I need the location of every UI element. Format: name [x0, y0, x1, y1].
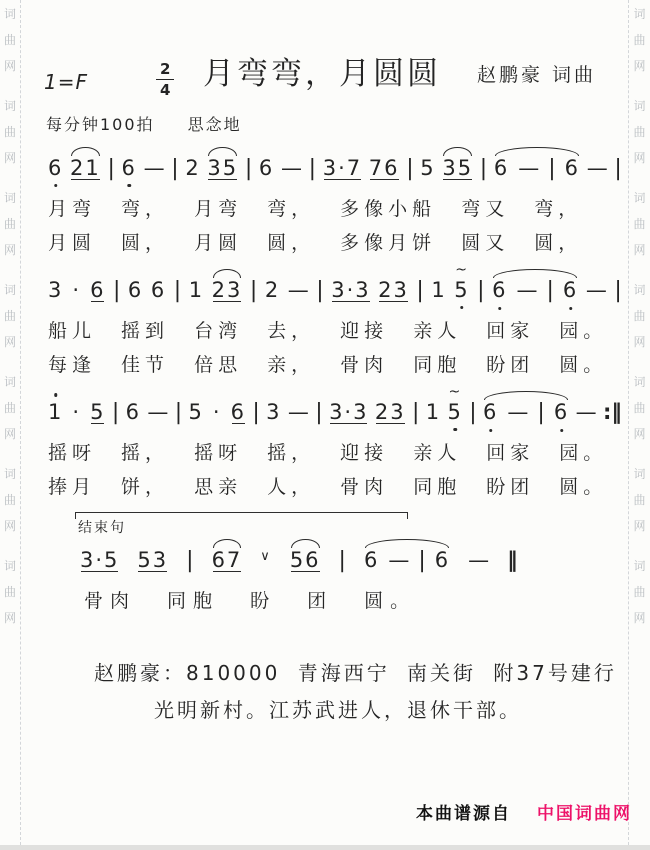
score-line: 1·5|6—|5·6|3—|3·323|15~|6—|6—:‖摇呀 摇， 摇呀 …	[48, 390, 622, 512]
watermark-char: 词	[633, 8, 645, 20]
barline: |	[614, 278, 621, 303]
music-row: 3·6|66|123|2—|3·323|15~|6—|6—|	[48, 268, 622, 314]
watermark-char: 曲	[633, 402, 645, 414]
watermark-char: 曲	[4, 126, 16, 138]
note-token: —	[281, 156, 302, 180]
lyric-row: 捧月 饼， 思亲 人， 骨肉 同胞 盼团 圆。	[48, 470, 622, 504]
watermark-group: 词曲网	[633, 560, 645, 624]
note-token: 2	[185, 156, 200, 180]
note-token: 35	[442, 156, 473, 180]
watermark-char: 网	[633, 60, 645, 72]
song-title: 月弯弯，月圆圆	[203, 48, 441, 93]
watermark-char: 词	[633, 560, 645, 572]
barline: |	[406, 156, 413, 181]
music-row: 621|6—|235|6—|3·776|535|6—|6—|	[48, 146, 622, 192]
watermark-char: 网	[633, 336, 645, 348]
watermark-char: 词	[633, 468, 645, 480]
barline: |	[252, 400, 259, 425]
music-row: 3·553|67∨56|6—|6—‖	[80, 538, 472, 584]
lyric-row: 月圆 圆， 月圆 圆， 多像月饼 圆又 圆，	[48, 226, 622, 260]
barline: |	[175, 400, 182, 425]
barline: |	[113, 278, 120, 303]
note-token: 1	[431, 278, 446, 302]
mordent-mark: ~	[449, 384, 461, 400]
octave-dot-below	[453, 428, 457, 432]
octave-dot-below	[460, 306, 464, 310]
tie-group: 6—|6	[483, 400, 569, 425]
score-line: 结束句3·553|67∨56|6—|6—‖骨肉 同胞 盼 团 圆。	[48, 512, 622, 618]
note-token: 6	[483, 400, 498, 425]
watermark-group: 词曲网	[4, 560, 16, 624]
note-token: 76	[369, 156, 400, 180]
watermark-char: 曲	[4, 402, 16, 414]
watermark-group: 词曲网	[633, 376, 645, 440]
note-token: 35	[207, 156, 238, 180]
note-token: 6	[435, 548, 450, 573]
watermark-group: 词曲网	[633, 192, 645, 256]
note-token: —	[288, 278, 309, 302]
mordent-mark: ~	[455, 262, 467, 278]
source-label: 本曲谱源自	[416, 799, 511, 824]
barline: |	[315, 400, 322, 425]
watermark-char: 网	[633, 244, 645, 256]
watermark-char: 词	[4, 284, 16, 296]
lyric-row: 船儿 摇到 台湾 去， 迎接 亲人 回家 园。	[48, 314, 622, 348]
watermark-group: 词曲网	[4, 284, 16, 348]
watermark-char: 词	[633, 100, 645, 112]
watermark-char: 曲	[633, 126, 645, 138]
watermark-group: 词曲网	[4, 376, 16, 440]
note-group: 5·6	[189, 400, 246, 424]
watermark-char: 词	[4, 100, 16, 112]
watermark-char: 曲	[633, 34, 645, 46]
octave-dot-below	[569, 307, 573, 311]
note-token: 3·5	[80, 548, 119, 572]
watermark-char: 网	[4, 612, 16, 624]
tempo-row: 每分钟100拍 思念地	[46, 112, 242, 135]
watermark-group: 词曲网	[633, 284, 645, 348]
note-token: —	[587, 156, 608, 180]
site-name: 中国词曲网	[537, 799, 632, 824]
watermark-char: 曲	[4, 494, 16, 506]
note-token: 3	[266, 400, 281, 424]
barline: |	[186, 548, 193, 573]
note-token: 5	[420, 156, 435, 180]
barline: |	[245, 156, 252, 181]
note-group: 1·5	[48, 400, 105, 424]
watermark-char: 词	[4, 192, 16, 204]
note-token: 6	[259, 156, 274, 180]
barline: |	[309, 156, 316, 181]
watermark-char: 网	[4, 60, 16, 72]
note-token: —	[576, 400, 597, 424]
octave-dot-below	[498, 307, 502, 311]
note-token: 3·3	[331, 278, 370, 302]
lyric-row: 每逢 佳节 倍思 亲， 骨肉 同胞 盼团 圆。	[48, 348, 622, 382]
composer-credit: 赵鹏豪 词曲	[477, 60, 596, 87]
note-token: —	[468, 548, 489, 572]
barline: |	[174, 278, 181, 303]
address-line-1: 赵鹏豪：810000 青海西宁 南关街 附37号建行	[94, 655, 617, 692]
barline: |	[107, 156, 114, 181]
note-token: 6	[126, 400, 141, 424]
note-token: —	[518, 156, 539, 181]
note-token: 23	[375, 400, 406, 424]
watermark-char: 网	[4, 428, 16, 440]
barline: |	[418, 548, 425, 573]
ending-bracket	[75, 512, 408, 520]
octave-dot-below	[489, 429, 493, 433]
score-line: 621|6—|235|6—|3·776|535|6—|6—|月弯 弯， 月弯 弯…	[48, 146, 622, 268]
note-token: ‖	[507, 548, 518, 572]
note-token: —	[517, 278, 538, 303]
time-numerator: 2	[156, 60, 174, 80]
note-token: —	[507, 400, 528, 425]
octave-dot-below	[54, 184, 58, 188]
note-token: 6	[128, 278, 143, 302]
note-token: ·	[72, 278, 81, 302]
note-token: 56	[290, 548, 321, 572]
music-row: 1·5|6—|5·6|3—|3·323|15~|6—|6—:‖	[48, 390, 622, 436]
note-token: 5	[90, 400, 105, 424]
barline: |	[548, 156, 555, 181]
address-line-2: 光明新村。江苏武进人，退休干部。	[94, 692, 617, 729]
note-token: 21	[70, 156, 101, 180]
barline: |	[112, 400, 119, 425]
octave-dot-above	[54, 393, 58, 397]
watermark-group: 词曲网	[4, 192, 16, 256]
author-address: 赵鹏豪：810000 青海西宁 南关街 附37号建行 光明新村。江苏武进人，退休…	[94, 655, 617, 729]
barline: |	[477, 278, 484, 303]
watermark-char: 词	[633, 376, 645, 388]
note-token: ·	[213, 400, 222, 424]
note-token: 6	[563, 278, 578, 303]
note-token: 5~	[448, 400, 463, 424]
note-token: —	[586, 278, 607, 302]
note-group: 3·6	[48, 278, 105, 302]
note-token: 6	[364, 548, 379, 573]
watermark-char: 网	[633, 152, 645, 164]
note-token: 6	[151, 278, 166, 302]
tie-group: 6—|6	[492, 278, 578, 303]
time-signature: 2 4	[156, 60, 174, 99]
barline: |	[412, 400, 419, 425]
barline: |	[339, 548, 346, 573]
note-token: 6	[492, 278, 507, 303]
barline: |	[316, 278, 323, 303]
watermark-char: 曲	[4, 34, 16, 46]
barline: |	[416, 278, 423, 303]
barline: |	[250, 278, 257, 303]
watermark-group: 词曲网	[633, 468, 645, 532]
tie-group: 6—|6	[364, 548, 450, 573]
watermark-left: 词曲网词曲网词曲网词曲网词曲网词曲网词曲网	[0, 0, 21, 850]
watermark-char: 词	[4, 376, 16, 388]
barline: |	[614, 156, 621, 181]
watermark-group: 词曲网	[633, 100, 645, 164]
note-token: :‖	[603, 400, 622, 424]
watermark-group: 词曲网	[633, 8, 645, 72]
note-token: 2	[265, 278, 280, 302]
lyric-row: 月弯 弯， 月弯 弯， 多像小船 弯又 弯，	[48, 192, 622, 226]
watermark-char: 词	[4, 468, 16, 480]
lyric-row: 骨肉 同胞 盼 团 圆。	[84, 584, 622, 618]
note-token: —	[288, 400, 309, 424]
note-token: 53	[137, 548, 168, 572]
watermark-group: 词曲网	[4, 100, 16, 164]
barline: |	[469, 400, 476, 425]
watermark-char: 网	[4, 336, 16, 348]
note-token: 6	[231, 400, 246, 424]
note-token: 5~	[454, 278, 469, 302]
tie-group: 6—|6	[494, 156, 580, 181]
barline: |	[171, 156, 178, 181]
watermark-group: 词曲网	[4, 8, 16, 72]
watermark-char: 词	[633, 284, 645, 296]
watermark-char: 曲	[633, 494, 645, 506]
watermark-char: 曲	[4, 586, 16, 598]
barline: |	[480, 156, 487, 181]
note-token: 67	[212, 548, 243, 572]
key-signature: 1=F	[44, 70, 88, 94]
tempo-marking: 每分钟100拍	[46, 115, 155, 134]
expression-marking: 思念地	[188, 115, 242, 134]
octave-dot-below	[127, 184, 131, 188]
watermark-char: 网	[633, 428, 645, 440]
watermark-group: 词曲网	[4, 468, 16, 532]
sheet-music-page: 词曲网词曲网词曲网词曲网词曲网词曲网词曲网 词曲网词曲网词曲网词曲网词曲网词曲网…	[0, 0, 650, 850]
watermark-char: 网	[633, 520, 645, 532]
note-token: 6	[494, 156, 509, 181]
note-token: 1	[189, 278, 204, 302]
watermark-char: 曲	[633, 586, 645, 598]
note-token: 6	[565, 156, 580, 181]
watermark-char: 曲	[4, 218, 16, 230]
watermark-char: 词	[4, 560, 16, 572]
watermark-char: 网	[4, 152, 16, 164]
note-token: 1	[48, 400, 63, 424]
watermark-char: 词	[633, 192, 645, 204]
note-token: —	[147, 400, 168, 424]
note-token: ∨	[260, 541, 272, 565]
note-token: 6	[48, 156, 63, 180]
watermark-char: 网	[4, 244, 16, 256]
watermark-char: 曲	[633, 218, 645, 230]
note-token: —	[144, 156, 165, 180]
score-line: 3·6|66|123|2—|3·323|15~|6—|6—|船儿 摇到 台湾 去…	[48, 268, 622, 390]
note-token: 6	[90, 278, 105, 302]
ending-label: 结束句	[78, 520, 622, 538]
note-token: 3·7	[323, 156, 362, 180]
watermark-right: 词曲网词曲网词曲网词曲网词曲网词曲网词曲网	[628, 0, 650, 850]
note-token: —	[388, 548, 409, 573]
note-token: 3·3	[329, 400, 368, 424]
note-token: 23	[212, 278, 243, 302]
score-lines: 621|6—|235|6—|3·776|535|6—|6—|月弯 弯， 月弯 弯…	[48, 146, 622, 618]
source-footer: 本曲谱源自 中国词曲网	[416, 799, 632, 824]
octave-dot-below	[560, 429, 564, 433]
lyric-row: 摇呀 摇， 摇呀 摇， 迎接 亲人 回家 园。	[48, 436, 622, 470]
watermark-char: 词	[4, 8, 16, 20]
watermark-char: 曲	[633, 310, 645, 322]
watermark-char: 网	[4, 520, 16, 532]
barline: |	[547, 278, 554, 303]
note-token: 23	[378, 278, 409, 302]
note-token: ·	[72, 400, 81, 424]
watermark-char: 网	[633, 612, 645, 624]
note-token: 5	[189, 400, 204, 424]
note-token: 6	[122, 156, 137, 180]
note-token: 1	[426, 400, 441, 424]
barline: |	[537, 400, 544, 425]
watermark-char: 曲	[4, 310, 16, 322]
time-denominator: 4	[156, 80, 174, 99]
note-token: 3	[48, 278, 63, 302]
note-token: 6	[554, 400, 569, 425]
